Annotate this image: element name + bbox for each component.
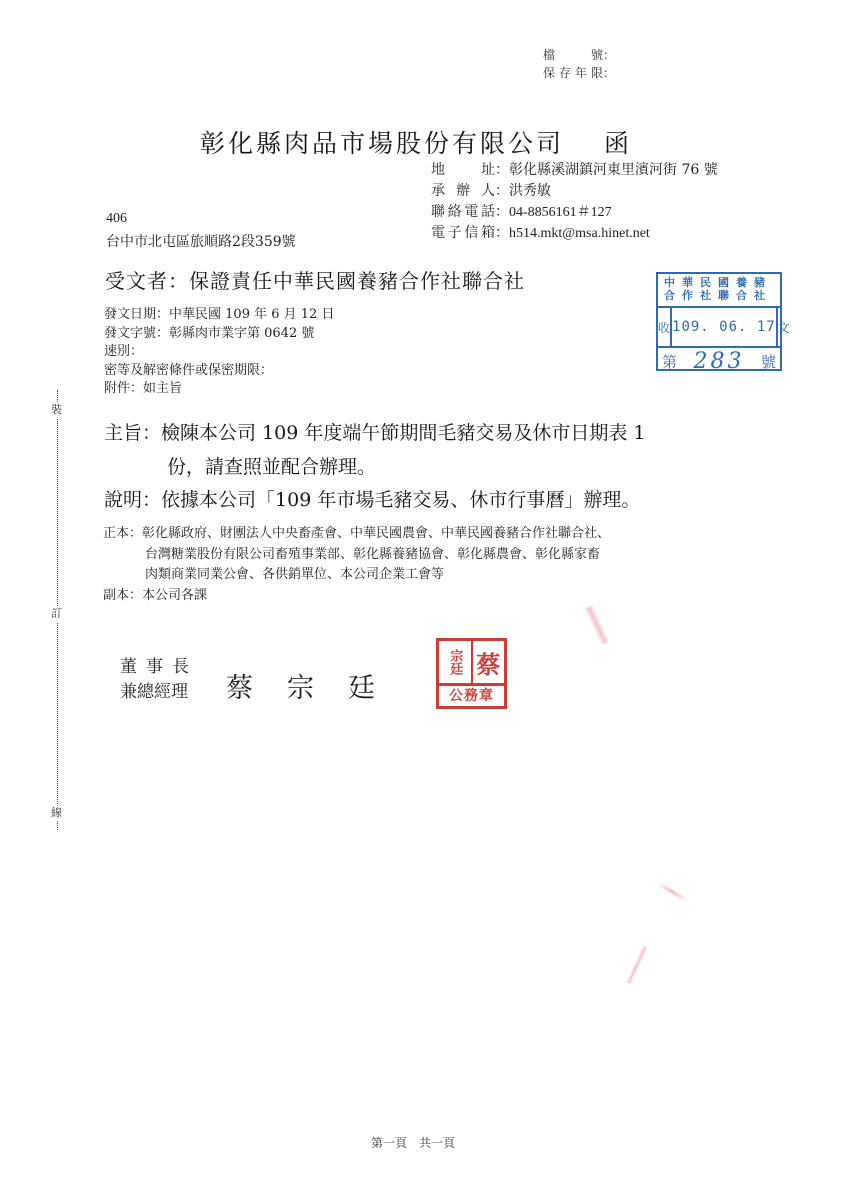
binding-char-1: 裝 <box>51 402 62 418</box>
subject-line-2: 份，請查照並配合辦理。 <box>104 450 646 484</box>
ink-mark <box>626 946 648 985</box>
page-total: 共一頁 <box>419 1136 455 1150</box>
page-number: 第一頁 <box>371 1136 407 1150</box>
ref-label: 發文字號 <box>104 326 156 341</box>
explanation-label: 說明 <box>104 489 142 511</box>
address-label: 地 址 <box>431 160 495 181</box>
subject-label: 主旨 <box>104 422 142 444</box>
attachment-label: 附件 <box>104 381 130 396</box>
recipient-zip: 406 <box>106 211 127 227</box>
doc-type: 函 <box>604 129 632 158</box>
handler-name: 洪秀敏 <box>509 183 551 199</box>
stamp-number: 283 <box>694 349 745 374</box>
sender-contact: 地 址：彰化縣溪湖鎮河東里濱河街 76 號 承辦人：洪秀敏 聯絡電話：04-88… <box>431 160 718 244</box>
sender-address: 彰化縣溪湖鎮河東里濱河街 76 號 <box>509 162 718 178</box>
binding-char-3: 線 <box>51 805 62 821</box>
handler-label: 承辦人 <box>431 181 495 202</box>
main-recipients-line-2: 台灣糖業股份有限公司畜殖事業部、彰化縣養豬協會、彰化縣農會、彰化縣家畜 <box>103 545 610 566</box>
explanation-text: 依據本公司「109 年市場毛豬交易、休市行事曆」辦理。 <box>161 489 640 511</box>
stamp-no-prefix: 第 <box>662 351 677 372</box>
file-no-label: 檔 號 <box>543 46 603 64</box>
subject: 主旨：檢陳本公司 109 年度端午節期間毛豬交易及休市日期表 1 份，請查照並配… <box>104 416 646 484</box>
stamp-right-char: 文 <box>776 308 790 346</box>
official-seal-icon: 宗廷 蔡 公務章 <box>436 638 507 709</box>
recipient-address: 台中市北屯區旅順路2段359號 <box>106 231 296 251</box>
signer-name: 蔡宗廷 <box>226 666 409 705</box>
ink-mark <box>656 882 688 903</box>
signer-title-line-2: 兼總經理 <box>120 680 198 705</box>
secrecy-label: 密等及解密條件或保密期限 <box>104 363 260 378</box>
speed-label: 速別 <box>104 344 130 359</box>
seal-bottom: 公務章 <box>439 686 504 707</box>
recipient-name: 保證責任中華民國養豬合作社聯合社 <box>189 269 525 293</box>
recipient-label: 受文者 <box>105 269 168 293</box>
main-recipients-label: 正本 <box>103 526 129 541</box>
archive-info: 檔 號： 保存年限： <box>543 46 615 82</box>
seal-left: 宗廷 <box>439 641 473 683</box>
date-label: 發文日期 <box>104 307 156 322</box>
recipient: 受文者：保證責任中華民國養豬合作社聯合社 <box>105 265 525 294</box>
received-stamp: 中華民國養豬合作社聯合社 收 109. 06. 17 文 第 283 號 <box>656 272 782 371</box>
main-recipients-line-3: 肉類商業同業公會、各供銷單位、本公司企業工會等 <box>103 565 610 586</box>
document-title: 彰化縣肉品市場股份有限公司函 <box>200 124 632 160</box>
explanation: 說明：依據本公司「109 年市場毛豬交易、休市行事曆」辦理。 <box>104 485 640 512</box>
document-meta: 發文日期：中華民國 109 年 6 月 12 日 發文字號：彰縣肉市業字第 06… <box>104 306 334 399</box>
ink-mark <box>584 605 610 645</box>
stamp-left-char: 收 <box>658 308 672 346</box>
phone-number: 04-8856161＃127 <box>509 205 612 220</box>
email-label: 電子信箱 <box>431 223 495 244</box>
signer-title: 董事長 兼總經理 <box>120 655 198 705</box>
attachment-value: 如主旨 <box>143 381 182 396</box>
company-name: 彰化縣肉品市場股份有限公司 <box>200 129 564 158</box>
copy-recipients: 本公司各課 <box>142 588 207 603</box>
phone-label: 聯絡電話 <box>431 202 495 223</box>
binding-char-2: 訂 <box>51 606 62 622</box>
signer-title-line-1: 董事長 <box>120 655 198 680</box>
subject-line-1: 檢陳本公司 109 年度端午節期間毛豬交易及休市日期表 1 <box>161 422 645 444</box>
page-footer: 第一頁共一頁 <box>371 1134 467 1151</box>
main-recipients-line-1: 彰化縣政府、財團法人中央畜產會、中華民國農會、中華民國養豬合作社聯合社、 <box>142 526 610 541</box>
issue-date: 中華民國 109 年 6 月 12 日 <box>169 307 334 322</box>
retention-label: 保存年限 <box>543 64 603 82</box>
seal-right: 蔡 <box>473 641 505 683</box>
distribution: 正本：彰化縣政府、財團法人中央畜產會、中華民國農會、中華民國養豬合作社聯合社、 … <box>103 524 610 606</box>
stamp-header: 中華民國養豬合作社聯合社 <box>658 274 780 308</box>
reference-number: 彰縣肉市業字第 0642 號 <box>169 326 314 341</box>
stamp-no-suffix: 號 <box>761 351 776 372</box>
copy-label: 副本 <box>103 588 129 603</box>
stamp-date: 109. 06. 17 <box>672 308 776 346</box>
email-address: h514.mkt@msa.hinet.net <box>509 226 650 241</box>
